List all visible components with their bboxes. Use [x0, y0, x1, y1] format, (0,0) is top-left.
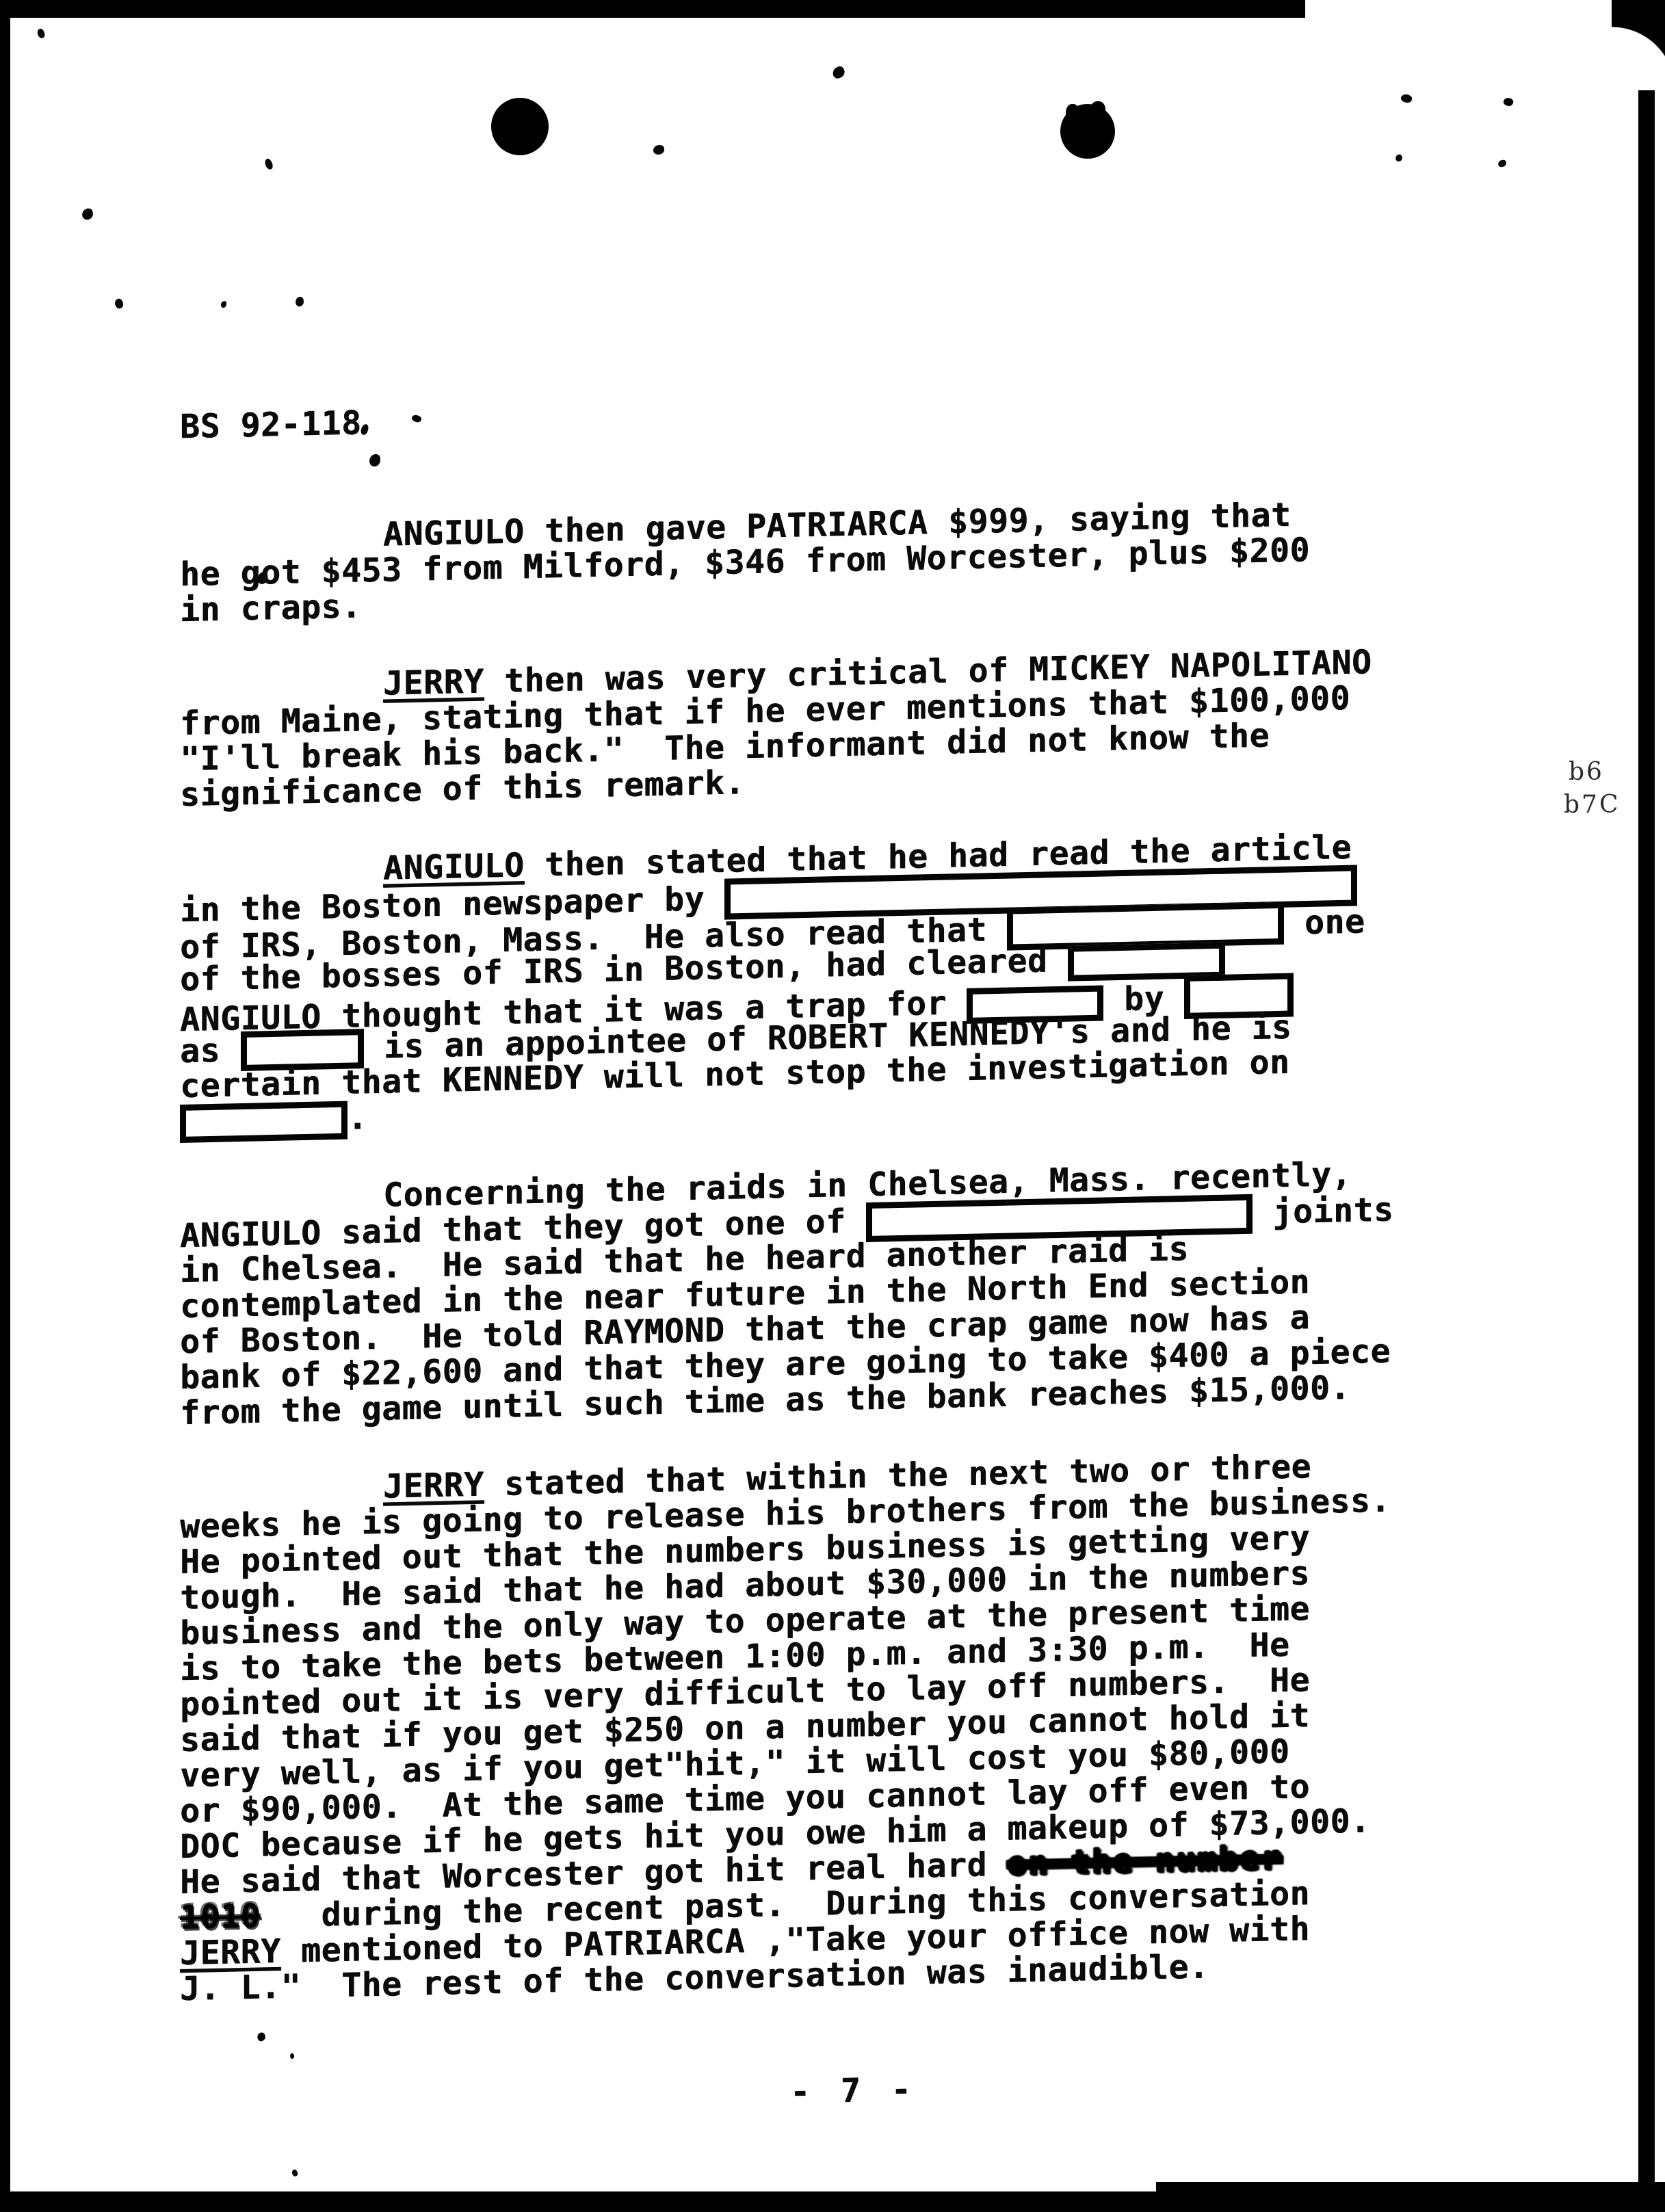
- redaction-box: [180, 1101, 348, 1143]
- text-segment: .: [348, 1098, 368, 1137]
- paragraph: ANGIULO then stated that he had read the…: [180, 827, 1466, 1140]
- paragraph-indent: [180, 695, 383, 699]
- scan-corner-top-right: [1612, 0, 1665, 90]
- struck-out-text: on the number: [1007, 1839, 1282, 1884]
- scan-edge-right: [1638, 0, 1655, 2212]
- paragraph-indent: [180, 1498, 383, 1502]
- paragraph: ANGIULO then gave PATRIARCA $999, saying…: [180, 493, 1466, 628]
- scan-edge-top: [0, 0, 1305, 18]
- typed-text-block: BS 92-118 ANGIULO then gave PATRIARCA $9…: [180, 381, 1466, 2123]
- ink-speck: [263, 158, 274, 171]
- scan-edge-bottom-wedge: [1156, 2182, 1665, 2212]
- paragraph: Concerning the raids in Chelsea, Mass. r…: [180, 1154, 1466, 1431]
- paragraph-indent: [180, 546, 383, 550]
- case-number: BS 92-118: [180, 381, 1466, 445]
- underlined-name: JERRY: [180, 1932, 281, 1973]
- ink-speck: [1497, 159, 1507, 168]
- underlined-name: JERRY: [383, 662, 484, 702]
- paragraph: JERRY then was very critical of MICKEY N…: [180, 642, 1466, 813]
- scan-edge-left: [0, 0, 10, 2212]
- underlined-name: JERRY: [383, 1465, 484, 1505]
- ink-speck: [291, 2169, 299, 2178]
- paragraph-indent: [180, 1207, 383, 1211]
- hole-punch-mark: [491, 98, 549, 155]
- ink-speck: [1395, 154, 1404, 163]
- ink-speck: [113, 298, 125, 310]
- ink-speck: [830, 65, 846, 81]
- margin-annotation-b6: b6: [1569, 758, 1604, 786]
- paragraph: JERRY stated that within the next two or…: [180, 1445, 1466, 2007]
- underlined-name: ANGIULO: [383, 846, 525, 888]
- overtyped-text: 1010: [180, 1897, 261, 1937]
- text-segment: in craps.: [180, 587, 362, 629]
- typed-paragraphs: ANGIULO then gave PATRIARCA $999, saying…: [180, 493, 1466, 2007]
- ink-speck: [36, 27, 46, 39]
- text-segment: joints: [1253, 1190, 1394, 1232]
- ink-speck: [220, 301, 226, 308]
- ink-speck: [295, 296, 304, 306]
- ink-speck: [653, 145, 664, 155]
- paragraph-indent: [180, 880, 383, 884]
- ink-speck: [81, 208, 94, 221]
- hole-punch-smudge: [1090, 101, 1105, 119]
- text-segment: one: [1284, 902, 1365, 943]
- ink-speck: [1400, 93, 1413, 105]
- margin-annotation-b7c: b7C: [1564, 791, 1621, 819]
- hole-punch-smudge: [1066, 104, 1079, 123]
- page-number: - 7 -: [180, 2059, 1466, 2123]
- text-segment: as: [180, 1031, 241, 1070]
- ink-speck: [1502, 96, 1515, 108]
